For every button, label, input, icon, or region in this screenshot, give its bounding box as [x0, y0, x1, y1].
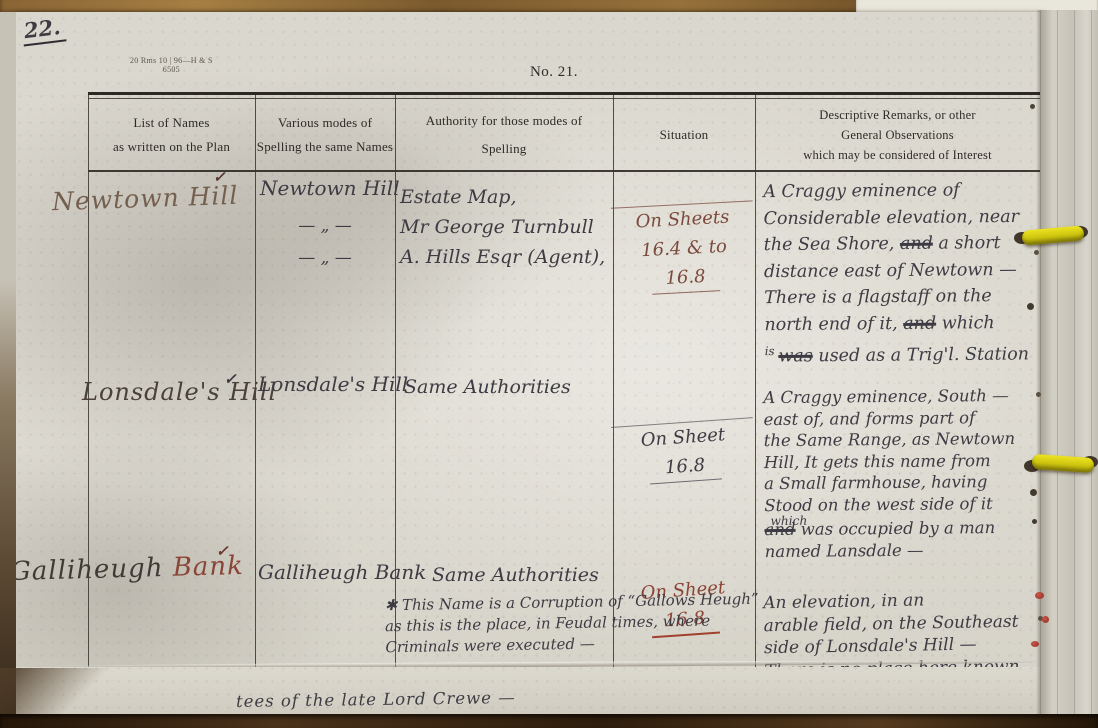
handwritten-line: north end of it, and which [764, 309, 1028, 338]
row-authority: Same Authorities [432, 564, 599, 586]
wooden-desk-bottom-edge [0, 714, 1098, 728]
text-line: which may be considered of Interest [803, 145, 992, 165]
ditto-mark: — „ — [255, 216, 395, 236]
row-spelling: Lonsdale's Hill [258, 372, 408, 396]
form-reference-line: 6505 [130, 65, 213, 74]
handwritten-line: east of, and forms part of [763, 406, 1015, 430]
handwritten-line: the Sea Shore, and a short [764, 230, 1028, 259]
text-line: as written on the Plan [113, 135, 230, 159]
checkmark: ✓ [224, 370, 237, 388]
header-descriptive-remarks: Descriptive Remarks, or otherGeneral Obs… [755, 102, 1040, 168]
handwritten-line: Considerable elevation, near [763, 203, 1027, 232]
red-wax-mark [1031, 641, 1039, 647]
handwritten-line: and was occupied by a man [764, 517, 1016, 541]
row-spelling: Galliheugh Bank [258, 560, 426, 584]
row-name-lonsdales-hill: Lonsdale's Hill [82, 378, 277, 406]
header-list-of-names: List of Namesas written on the Plan [88, 102, 255, 168]
row-authority: Estate Map,Mr George TurnbullA. Hills Es… [400, 182, 605, 272]
text-line: 16.8 [648, 449, 722, 484]
header-spelling-modes: Various modes ofSpelling the same Names [255, 102, 395, 168]
checkmark: ✓ [216, 542, 229, 560]
text-line: 16.4 & to [612, 230, 755, 266]
row-remarks: A Craggy eminence ofConsiderable elevati… [763, 177, 1029, 370]
red-wax-mark [1042, 616, 1049, 623]
text-line: On Sheet [611, 417, 755, 457]
page-number: No. 21. [454, 64, 654, 81]
header-bottom-rule [88, 170, 1040, 172]
checkmark: ✓ [213, 168, 226, 186]
text-line: Mr George Turnbull [400, 212, 605, 242]
handwritten-line: A Craggy eminence, South — [763, 385, 1015, 409]
row-situation: On Sheets16.4 & to16.8 [611, 200, 757, 296]
handwritten-line: arable field, on the Southeast [763, 610, 1018, 637]
handwritten-line: is was used as a Trig'l. Station [765, 336, 1030, 370]
left-book-edge [0, 12, 16, 716]
handwritten-line: Galliheugh Bank [10, 551, 245, 587]
footnote-gallows-heugh: ✱ This Name is a Corruption of “Gallows … [384, 589, 759, 659]
bottom-left-shadow [0, 668, 110, 716]
row-name-newtown-hill: Newtown Hill [52, 181, 239, 216]
text-line: Situation [660, 123, 709, 147]
text-line: Estate Map, [400, 182, 605, 212]
handwritten-line: distance east of Newtown — [764, 256, 1028, 285]
text-line: General Observations [841, 125, 954, 145]
red-wax-mark [1035, 592, 1044, 599]
ledger-page: 22. 20 Rms 10 | 96—H & S 6505 No. 21. Li… [14, 12, 1042, 716]
ditto-mark: — „ — [255, 248, 395, 268]
row-remarks: A Craggy eminence, South —east of, and f… [763, 385, 1016, 562]
table-top-rule [88, 92, 1040, 95]
text-line: List of Names [133, 111, 209, 135]
text-line: Descriptive Remarks, or other [819, 105, 975, 125]
text-line: Same Authorities [404, 376, 571, 398]
text-line: 16.8 [651, 261, 721, 295]
scanned-name-book-page: 22. 20 Rms 10 | 96—H & S 6505 No. 21. Li… [0, 0, 1098, 728]
handwritten-line: A Craggy eminence of [763, 177, 1027, 206]
handwritten-line: named Lansdale — [765, 538, 1017, 562]
printer-form-reference: 20 Rms 10 | 96—H & S 6505 [130, 56, 213, 74]
name-book-table: List of Namesas written on the Plan Vari… [88, 92, 1040, 692]
handwritten-line: There is a flagstaff on the [764, 283, 1028, 312]
handwritten-line: the Same Range, as Newtown [764, 428, 1016, 452]
table-top-rule-thin [88, 98, 1040, 99]
bottom-handwriting-fragment: tees of the late Lord Crewe — [236, 688, 516, 711]
page-corner-number: 22. [20, 14, 66, 47]
text-line: Spelling [482, 135, 527, 163]
text-line: Authority for those modes of [426, 107, 583, 135]
row-situation: On Sheet16.8 [611, 417, 757, 487]
book-page-edges [1040, 10, 1098, 716]
text-line: Spelling the same Names [257, 135, 393, 159]
row-name-galliheugh-bank: Galliheugh Bank [10, 551, 245, 587]
row-authority: Same Authorities [404, 376, 571, 398]
form-reference-line: 20 Rms 10 | 96—H & S [130, 56, 213, 65]
header-authority: Authority for those modes ofSpelling [395, 102, 613, 168]
handwritten-line: Lonsdale's Hill [82, 378, 277, 406]
handwritten-line: a Small farmhouse, having [764, 471, 1016, 495]
handwritten-line: Newtown Hill [52, 181, 239, 216]
handwritten-line: Stood on the west side of it [764, 492, 1016, 516]
text-line: A. Hills Esqr (Agent), [400, 242, 605, 272]
text-line: Various modes of [278, 111, 372, 135]
binding-holes [1030, 104, 1035, 109]
header-situation: Situation [613, 102, 755, 168]
handwritten-line: Hill, It gets this name from [764, 449, 1016, 473]
text-line: Same Authorities [432, 564, 599, 586]
row-spelling: Newtown Hill [260, 176, 400, 200]
